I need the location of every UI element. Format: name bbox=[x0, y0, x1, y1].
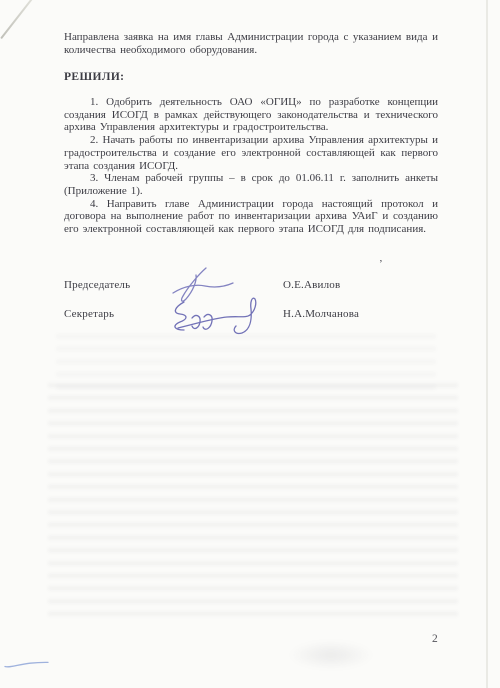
scanned-document-page: Направлена заявка на имя главы Администр… bbox=[0, 0, 500, 688]
chairman-signature-icon bbox=[173, 268, 233, 301]
bleed-through-smudge bbox=[288, 640, 374, 670]
stray-mark: ’ bbox=[379, 258, 383, 270]
decision-item-2: 2. Начать работы по инвентаризации архив… bbox=[64, 134, 438, 172]
secretary-signature-icon bbox=[175, 298, 256, 333]
signature-name-chairman: О.Е.Авилов bbox=[283, 279, 340, 291]
signature-name-secretary: Н.А.Молчанова bbox=[283, 308, 359, 320]
decision-heading: РЕШИЛИ: bbox=[64, 71, 124, 83]
scan-edge-line bbox=[486, 0, 488, 688]
signature-role-secretary: Секретарь bbox=[64, 308, 114, 320]
page-number: 2 bbox=[432, 633, 438, 645]
decision-item-3: 3. Членам рабочей группы – в срок до 01.… bbox=[64, 172, 438, 197]
bleed-through-text-lower bbox=[48, 383, 458, 623]
paragraph-intro: Направлена заявка на имя главы Администр… bbox=[64, 31, 438, 57]
decision-item-1: 1. Одобрить деятельность ОАО «ОГИЦ» по р… bbox=[64, 96, 438, 134]
decision-item-4: 4. Направить главе Администрации города … bbox=[64, 198, 438, 236]
signature-role-chairman: Председатель bbox=[64, 279, 130, 291]
decision-list: 1. Одобрить деятельность ОАО «ОГИЦ» по р… bbox=[64, 96, 438, 236]
corner-crease-artifact bbox=[0, 0, 34, 39]
bleed-through-text-upper bbox=[56, 334, 436, 390]
